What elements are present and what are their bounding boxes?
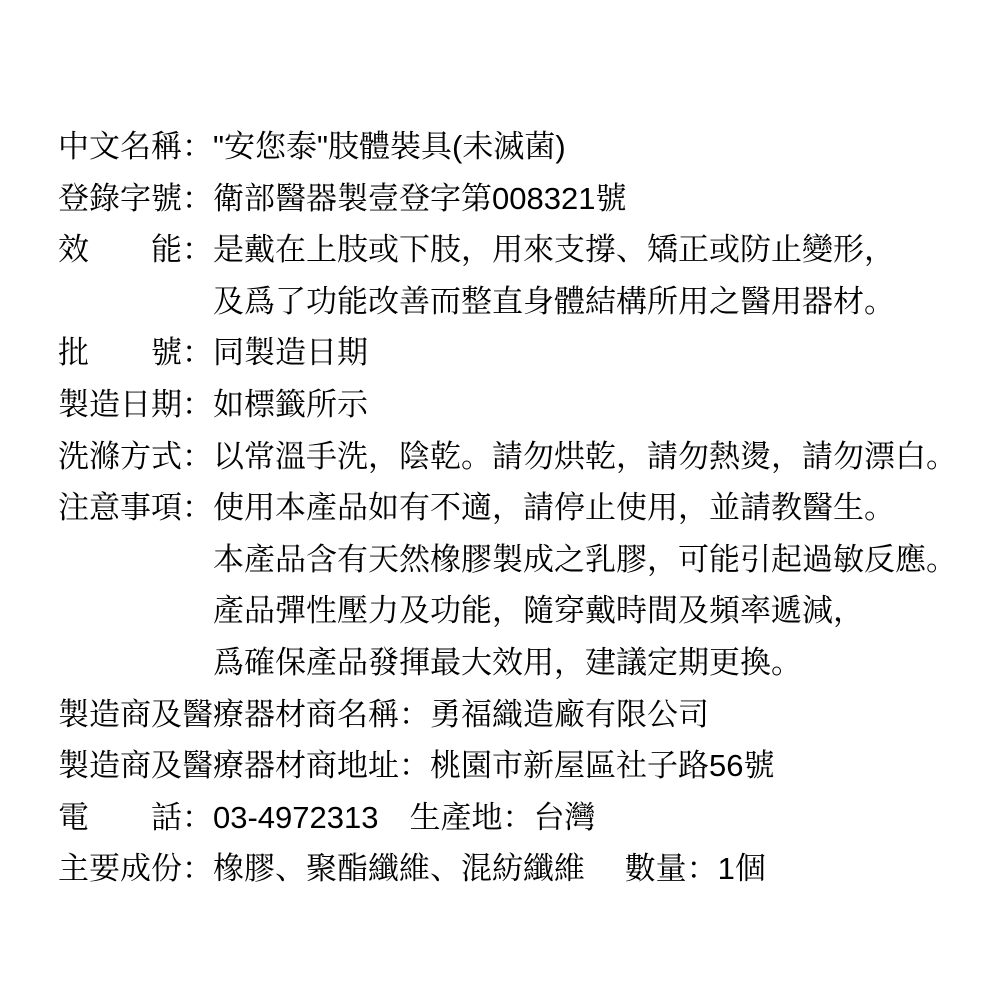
line-manufacture-date: 製造日期：如標籤所示 — [58, 379, 957, 431]
label-lines: 中文名稱："安您泰"肢體裝具(未滅菌)登錄字號：衛部醫器製壹登字第008321號… — [58, 121, 957, 895]
line-efficacy: 效 能：是戴在上肢或下肢，用來支撐、矯正或防止變形， — [58, 224, 957, 276]
line-efficacy-continued: 及爲了功能改善而整直身體結構所用之醫用器材。 — [58, 276, 957, 328]
line-batch-number: 批 號：同製造日期 — [58, 327, 957, 379]
line-telephone-and-origin: 電 話：03-4972313 生產地：台灣 — [58, 792, 957, 844]
line-manufacturer-address: 製造商及醫療器材商地址：桃園市新屋區社子路56號 — [58, 740, 957, 792]
line-precautions: 注意事項：使用本產品如有不適，請停止使用，並請教醫生。 — [58, 482, 957, 534]
line-precautions-continued-1: 本產品含有天然橡膠製成之乳膠，可能引起過敏反應。 — [58, 534, 957, 586]
line-washing-method: 洗滌方式：以常溫手洗，陰乾。請勿烘乾，請勿熱燙，請勿漂白。 — [58, 431, 957, 483]
product-label-document: 中文名稱："安您泰"肢體裝具(未滅菌)登錄字號：衛部醫器製壹登字第008321號… — [58, 121, 957, 895]
line-ingredients-and-quantity: 主要成份：橡膠、聚酯纖維、混紡纖維 數量：1個 — [58, 843, 957, 895]
line-precautions-continued-2: 產品彈性壓力及功能，隨穿戴時間及頻率遞減， — [58, 585, 957, 637]
line-registration-number: 登錄字號：衛部醫器製壹登字第008321號 — [58, 173, 957, 225]
line-manufacturer-name: 製造商及醫療器材商名稱：勇福織造廠有限公司 — [58, 689, 957, 741]
line-chinese-name: 中文名稱："安您泰"肢體裝具(未滅菌) — [58, 121, 957, 173]
line-precautions-continued-3: 爲確保產品發揮最大效用，建議定期更換。 — [58, 637, 957, 689]
